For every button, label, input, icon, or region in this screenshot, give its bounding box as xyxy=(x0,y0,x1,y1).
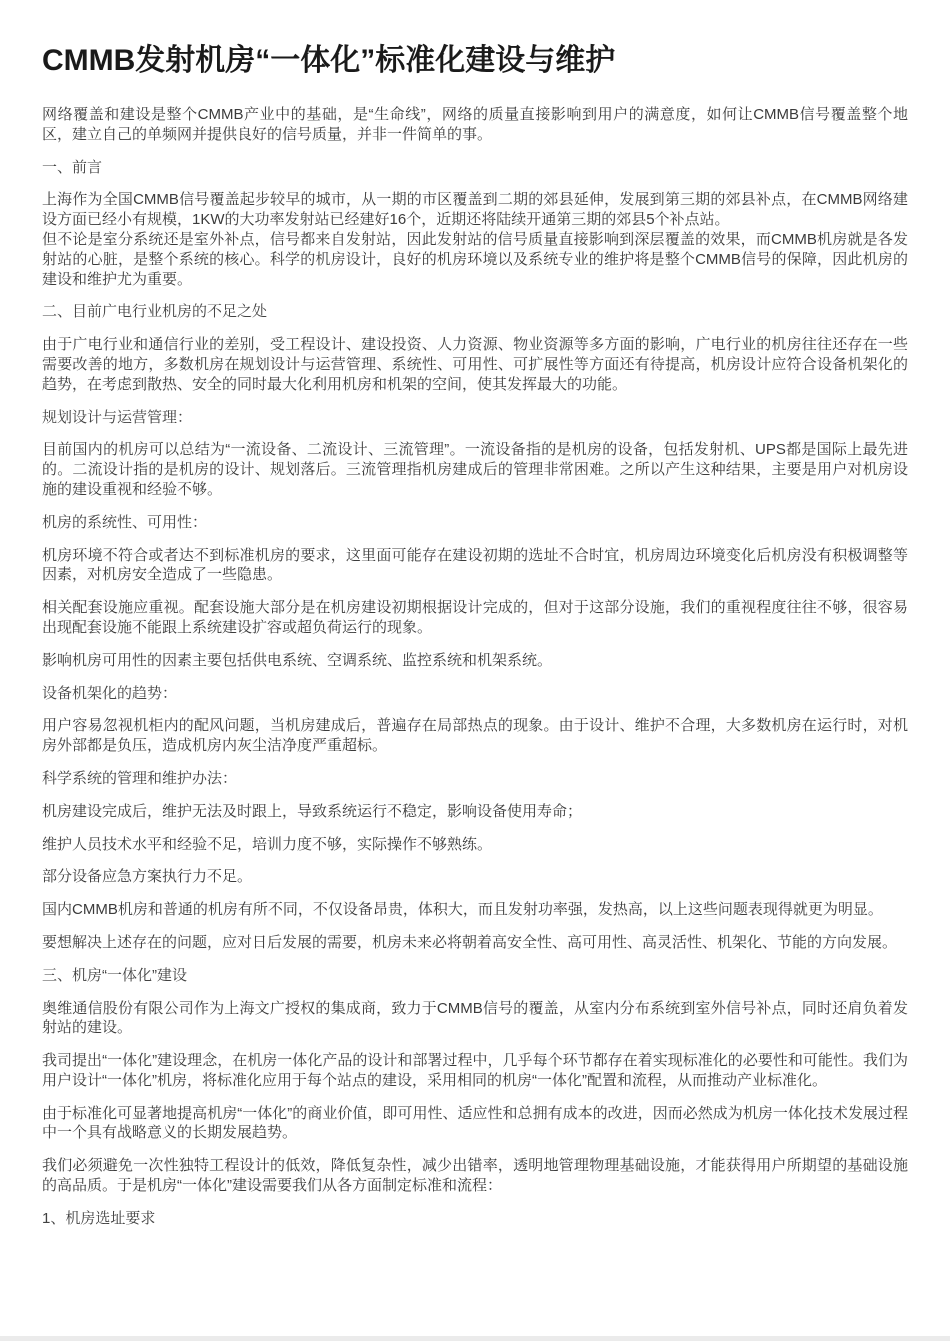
article: CMMB发射机房“一体化”标准化建设与维护 网络覆盖和建设是整个CMMB产业中的… xyxy=(42,0,908,1242)
paragraph: 网络覆盖和建设是整个CMMB产业中的基础，是“生命线”，网络的质量直接影响到用户… xyxy=(42,105,908,145)
paragraph: 影响机房可用性的因素主要包括供电系统、空调系统、监控系统和机架系统。 xyxy=(42,651,908,671)
paragraph: 由于广电行业和通信行业的差别，受工程设计、建设投资、人力资源、物业资源等多方面的… xyxy=(42,335,908,394)
section-heading: 一、前言 xyxy=(42,158,908,178)
paragraph: 机房建设完成后，维护无法及时跟上，导致系统运行不稳定，影响设备使用寿命； xyxy=(42,802,908,822)
section-heading: 科学系统的管理和维护办法： xyxy=(42,769,908,789)
paragraph: 目前国内的机房可以总结为“一流设备、二流设计、三流管理”。一流设备指的是机房的设… xyxy=(42,440,908,499)
section-heading: 三、机房“一体化”建设 xyxy=(42,966,908,986)
section-heading: 1、机房选址要求 xyxy=(42,1209,908,1229)
paragraph: 部分设备应急方案执行力不足。 xyxy=(42,867,908,887)
paragraph: 相关配套设施应重视。配套设施大部分是在机房建设初期根据设计完成的，但对于这部分设… xyxy=(42,598,908,638)
page-bottom-divider xyxy=(0,1336,950,1341)
section-heading: 机房的系统性、可用性： xyxy=(42,513,908,533)
paragraph: 我司提出“一体化”建设理念，在机房一体化产品的设计和部署过程中，几乎每个环节都存… xyxy=(42,1051,908,1091)
section-heading: 规划设计与运营管理： xyxy=(42,408,908,428)
page: { "page": { "background": "#ffffff", "te… xyxy=(0,0,950,1344)
paragraph: 维护人员技术水平和经验不足，培训力度不够，实际操作不够熟练。 xyxy=(42,835,908,855)
paragraph: 要想解决上述存在的问题，应对日后发展的需要，机房未来必将朝着高安全性、高可用性、… xyxy=(42,933,908,953)
paragraph: 我们必须避免一次性独特工程设计的低效，降低复杂性，减少出错率，透明地管理物理基础… xyxy=(42,1156,908,1196)
paragraph: 上海作为全国CMMB信号覆盖起步较早的城市，从一期的市区覆盖到二期的郊县延伸，发… xyxy=(42,190,908,289)
paragraph: 用户容易忽视机柜内的配风问题，当机房建成后，普遍存在局部热点的现象。由于设计、维… xyxy=(42,716,908,756)
paragraph: 国内CMMB机房和普通的机房有所不同，不仅设备昂贵，体积大，而且发射功率强，发热… xyxy=(42,900,908,920)
section-heading: 二、目前广电行业机房的不足之处 xyxy=(42,302,908,322)
paragraph: 奥维通信股份有限公司作为上海文广授权的集成商，致力于CMMB信号的覆盖，从室内分… xyxy=(42,999,908,1039)
paragraph: 机房环境不符合或者达不到标准机房的要求，这里面可能存在建设初期的选址不合时宜，机… xyxy=(42,546,908,586)
article-body: 网络覆盖和建设是整个CMMB产业中的基础，是“生命线”，网络的质量直接影响到用户… xyxy=(42,105,908,1229)
page-title: CMMB发射机房“一体化”标准化建设与维护 xyxy=(42,42,908,80)
paragraph: 由于标准化可显著地提高机房“一体化”的商业价值，即可用性、适应性和总拥有成本的改… xyxy=(42,1104,908,1144)
section-heading: 设备机架化的趋势： xyxy=(42,684,908,704)
